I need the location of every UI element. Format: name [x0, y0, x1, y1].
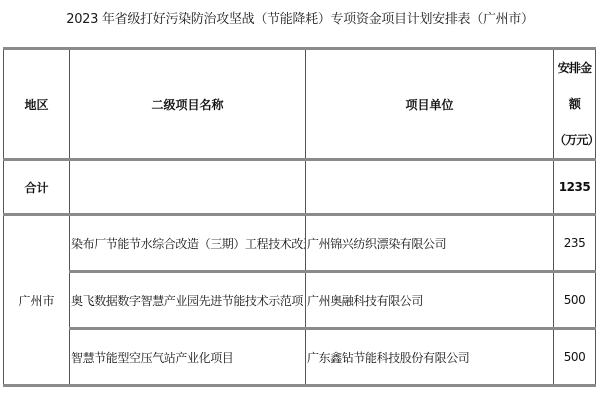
project-unit-cell: 广东鑫钻节能科技股份有限公司 [306, 329, 554, 386]
amount-cell: 500 [554, 272, 596, 329]
total-project-name [70, 160, 306, 215]
total-label: 合计 [4, 160, 70, 215]
total-amount: 1235 [554, 160, 596, 215]
project-name-cell: 染布厂节能节水综合改造（三期）工程技术改造项目 [70, 215, 306, 272]
header-unit: 项目单位 [306, 49, 554, 160]
header-region: 地区 [4, 49, 70, 160]
amount-cell: 235 [554, 215, 596, 272]
project-unit-cell: 广州奥融科技有限公司 [306, 272, 554, 329]
document-page: 2023 年省级打好污染防治攻坚战（节能降耗）专项资金项目计划安排表（广州市） … [0, 0, 600, 400]
table-row: 智慧节能型空压气站产业化项目 广东鑫钻节能科技股份有限公司 500 [4, 329, 596, 386]
header-row: 地区 二级项目名称 项目单位 安排金额 （万元） [4, 49, 596, 160]
project-name-cell: 奥飞数据数字智慧产业园先进节能技术示范项目 [70, 272, 306, 329]
header-amount-label: 安排金额 [554, 50, 595, 122]
amount-cell: 500 [554, 329, 596, 386]
total-unit [306, 160, 554, 215]
funding-plan-table: 地区 二级项目名称 项目单位 安排金额 （万元） 合计 1235 广州市 染布厂… [3, 47, 596, 387]
header-project-name: 二级项目名称 [70, 49, 306, 160]
table-row: 广州市 染布厂节能节水综合改造（三期）工程技术改造项目 广州锦兴纺织漂染有限公司… [4, 215, 596, 272]
project-name-cell: 智慧节能型空压气站产业化项目 [70, 329, 306, 386]
table-row: 奥飞数据数字智慧产业园先进节能技术示范项目 广州奥融科技有限公司 500 [4, 272, 596, 329]
header-amount: 安排金额 （万元） [554, 49, 596, 160]
header-amount-unit: （万元） [554, 122, 595, 158]
total-row: 合计 1235 [4, 160, 596, 215]
document-title: 2023 年省级打好污染防治攻坚战（节能降耗）专项资金项目计划安排表（广州市） [0, 8, 600, 27]
project-unit-cell: 广州锦兴纺织漂染有限公司 [306, 215, 554, 272]
region-cell: 广州市 [4, 215, 70, 386]
